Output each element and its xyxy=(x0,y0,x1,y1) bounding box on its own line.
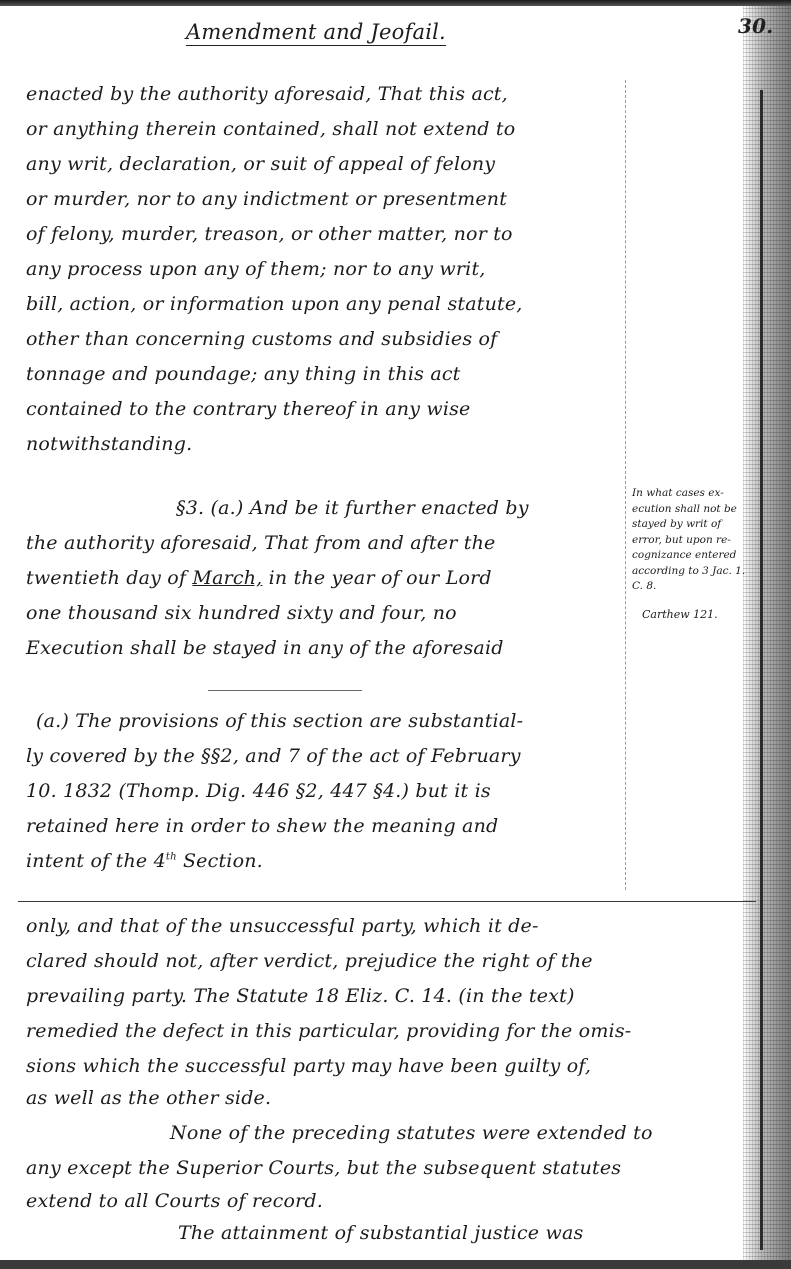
footnote-line: ly covered by the §§2, and 7 of the act … xyxy=(26,745,521,767)
section-divider xyxy=(18,901,756,902)
section-3-line: Execution shall be stayed in any of the … xyxy=(26,637,504,659)
marginal-note-line: according to 3 Jac. 1. xyxy=(632,564,772,580)
page-number: 30. xyxy=(738,14,773,38)
commentary-line: prevailing party. The Statute 18 Eliz. C… xyxy=(26,985,575,1007)
statute-line: notwithstanding. xyxy=(26,433,192,455)
commentary-line: clared should not, after verdict, prejud… xyxy=(26,950,593,972)
marginal-reference: Carthew 121. xyxy=(642,608,718,621)
commentary-line: remedied the defect in this particular, … xyxy=(26,1020,631,1042)
marginal-note: In what cases ex- ecution shall not be s… xyxy=(632,486,772,595)
commentary-line: as well as the other side. xyxy=(26,1087,271,1109)
section-3-text: in the year of our Lord xyxy=(262,567,491,589)
marginal-note-line: stayed by writ of xyxy=(632,517,772,533)
statute-line: any writ, declaration, or suit of appeal… xyxy=(26,153,495,175)
page-title: Amendment and Jeofail. xyxy=(186,20,446,46)
statute-line: any process upon any of them; nor to any… xyxy=(26,258,486,280)
statute-line: or anything therein contained, shall not… xyxy=(26,118,515,140)
commentary-line: any except the Superior Courts, but the … xyxy=(26,1157,621,1179)
commentary-line: The attainment of substantial justice wa… xyxy=(178,1222,583,1244)
footnote-line: intent of the 4th Section. xyxy=(26,850,263,872)
marginal-note-line: error, but upon re- xyxy=(632,533,772,549)
statute-line: or murder, nor to any indictment or pres… xyxy=(26,188,507,210)
footnote-separator xyxy=(208,690,362,691)
footnote-line: 10. 1832 (Thomp. Dig. 446 §2, 447 §4.) b… xyxy=(26,780,491,802)
statute-line: of felony, murder, treason, or other mat… xyxy=(26,223,513,245)
commentary-line: extend to all Courts of record. xyxy=(26,1190,323,1212)
footnote-line: retained here in order to shew the meani… xyxy=(26,815,498,837)
section-3-line: the authority aforesaid, That from and a… xyxy=(26,532,496,554)
statute-line: contained to the contrary thereof in any… xyxy=(26,398,471,420)
marginal-note-line: cognizance entered xyxy=(632,548,772,564)
footnote-line: (a.) The provisions of this section are … xyxy=(36,710,523,732)
binding-edge-line xyxy=(760,90,763,1250)
page-gutter-shadow xyxy=(743,6,791,1261)
section-3-heading: §3. (a.) And be it further enacted by xyxy=(176,497,529,519)
section-3-line: twentieth day of March, in the year of o… xyxy=(26,567,492,589)
commentary-line: sions which the successful party may hav… xyxy=(26,1055,591,1077)
margin-rule xyxy=(625,80,626,890)
section-3-text: twentieth day of xyxy=(26,567,192,589)
march-underlined: March, xyxy=(192,567,262,589)
statute-line: tonnage and poundage; any thing in this … xyxy=(26,363,461,385)
commentary-line: None of the preceding statutes were exte… xyxy=(170,1122,653,1144)
marginal-note-line: ecution shall not be xyxy=(632,502,772,518)
section-3-line: one thousand six hundred sixty and four,… xyxy=(26,602,457,624)
marginal-note-line: In what cases ex- xyxy=(632,486,772,502)
statute-line: bill, action, or information upon any pe… xyxy=(26,293,523,315)
scan-bottom-edge xyxy=(0,1260,791,1269)
statute-line: other than concerning customs and subsid… xyxy=(26,328,497,350)
marginal-note-line: C. 8. xyxy=(632,579,772,595)
statute-line: enacted by the authority aforesaid, That… xyxy=(26,83,508,105)
footnote-text: Section. xyxy=(177,850,263,872)
commentary-line: only, and that of the unsuccessful party… xyxy=(26,915,539,937)
ordinal-suffix: th xyxy=(166,852,177,863)
footnote-text: intent of the 4 xyxy=(26,850,166,872)
